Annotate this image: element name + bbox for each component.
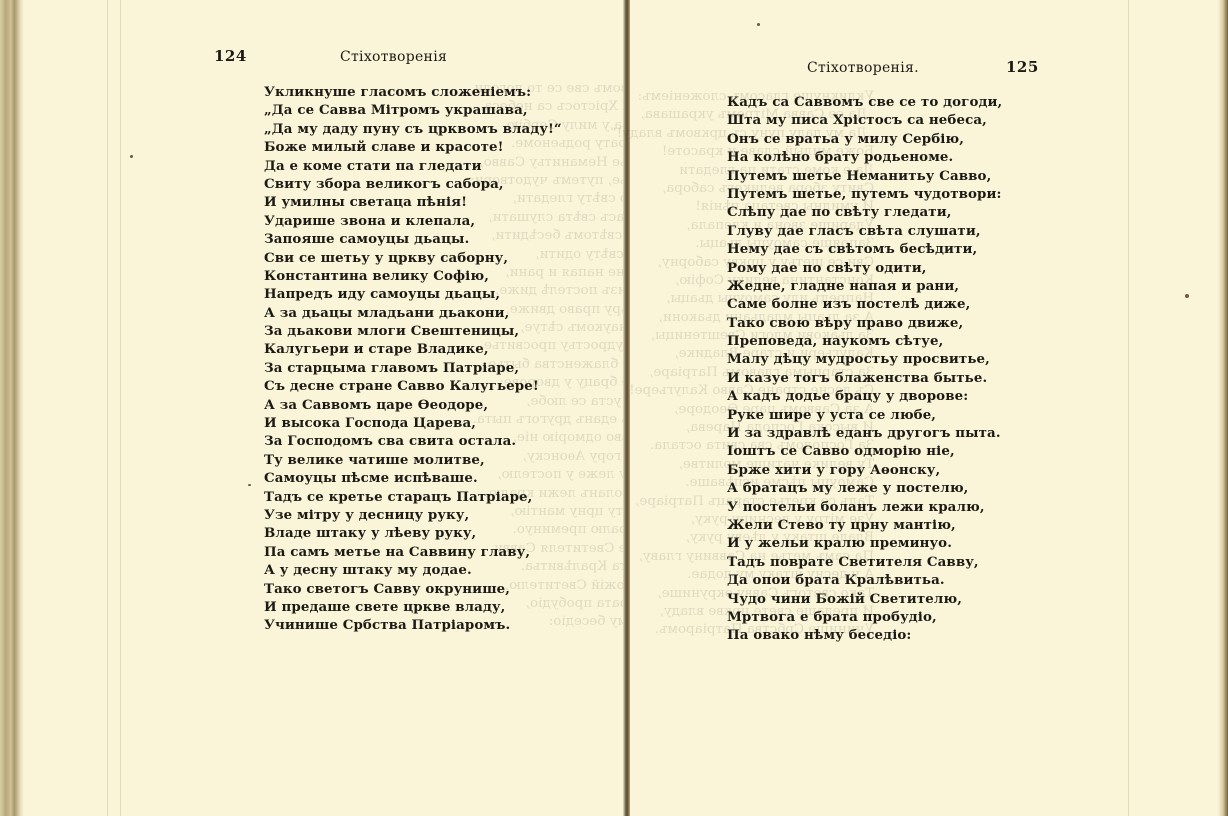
verse-line: „Да се Савва Мітромъ украшава, — [264, 101, 562, 119]
verse-line: Саме болне изъ постелѣ диже, — [727, 295, 1002, 313]
verse-line: Іоштъ се Савво одморію ніе, — [727, 442, 1002, 460]
verse-line: Напредъ иду самоуцы дьацы, — [264, 285, 562, 303]
verse-line: Онъ се вратьа у милу Сербію, — [727, 130, 1002, 148]
verse-line: А у десну штаку му додае. — [264, 561, 562, 579]
verse-line: Тадъ поврате Светителя Савву, — [727, 553, 1002, 571]
fold-line — [1128, 0, 1129, 816]
right-page-number: 125 — [1006, 58, 1039, 76]
verse-line: Малу дѣцу мудростьу просвитье, — [727, 350, 1002, 368]
left-page-number: 124 — [214, 47, 247, 65]
verse-line: Укликнуше гласомъ сложеніемъ: — [264, 83, 562, 101]
book-spread: 124 Стіхотворенія Кадъ са Саввомъ све се… — [0, 0, 1228, 816]
verse-line: И у жельи кралю преминуо. — [727, 534, 1002, 552]
verse-line: А за Саввомъ царе Ѳеодоре, — [264, 396, 562, 414]
verse-line: Руке шире у уста се любе, — [727, 406, 1002, 424]
paper-speck — [1185, 294, 1189, 298]
verse-line: Рому дае по свѣту одити, — [727, 259, 1002, 277]
verse-line: Путемъ шетье Неманитьу Савво, — [727, 167, 1002, 185]
verse-line: Свиту збора великогъ сабора, — [264, 175, 562, 193]
verse-line: Калугьери и старе Владике, — [264, 340, 562, 358]
verse-line: Съ десне стране Савво Калугьере! — [264, 377, 562, 395]
paper-speck — [757, 23, 760, 26]
verse-line: Слѣпу дае по свѣту гледати, — [727, 203, 1002, 221]
right-page-edge — [1218, 0, 1228, 816]
verse-line: За дьакови млоги Свештеницы, — [264, 322, 562, 340]
verse-line: Боже милый славе и красоте! — [264, 138, 562, 156]
verse-line: Ударише звона и клепала, — [264, 212, 562, 230]
verse-line: Самоуцы пѣсме испѣваше. — [264, 469, 562, 487]
paper-speck — [248, 484, 251, 486]
verse-line: На колѣно брату родьеноме. — [727, 148, 1002, 166]
left-page-edge — [0, 0, 24, 816]
left-running-head: Стіхотворенія — [340, 49, 447, 65]
verse-line: Сви се шетьу у цркву саборну, — [264, 249, 562, 267]
verse-line: У постельи боланъ лежи кралю, — [727, 498, 1002, 516]
verse-line: И за здравлѣ еданъ другогъ пыта. — [727, 424, 1002, 442]
verse-line: Владе штаку у лѣеву руку, — [264, 524, 562, 542]
verse-line: Тадъ се кретье старацъ Патріаре, — [264, 488, 562, 506]
verse-line: Па овако нѣму беседіо: — [727, 626, 1002, 644]
left-poem-text: Укликнуше гласомъ сложеніемъ: „Да се Сав… — [264, 83, 562, 635]
verse-line: А за дьацы младьани дьакони, — [264, 304, 562, 322]
verse-line: А кадъ додье брацу у дворове: — [727, 387, 1002, 405]
verse-line: Путемъ шетье, путемъ чудотвори: — [727, 185, 1002, 203]
verse-line: И казуе тогъ блаженства бытье. — [727, 369, 1002, 387]
verse-line: И умилны светаца пѣнія! — [264, 193, 562, 211]
verse-line: Шта му писа Хрістосъ са небеса, — [727, 111, 1002, 129]
verse-line: Да опои брата Кралѣвитьа. — [727, 571, 1002, 589]
verse-line: Кадъ са Саввомъ све се то догоди, — [727, 93, 1002, 111]
verse-line: Учинише Србства Патріаромъ. — [264, 616, 562, 634]
verse-line: За Господомъ сва свита остала. — [264, 432, 562, 450]
verse-line: Жедне, гладне напая и рани, — [727, 277, 1002, 295]
verse-line: Узе мітру у десницу руку, — [264, 506, 562, 524]
verse-line: Глуву дае гласъ свѣта слушати, — [727, 222, 1002, 240]
verse-line: Жели Стево ту црну мантію, — [727, 516, 1002, 534]
verse-line: Чудо чини Божій Светителю, — [727, 590, 1002, 608]
verse-line: „Да му даду пуну съ црквомъ владу!“ — [264, 120, 562, 138]
right-page: Стіхотворенія. 125 Укликнуше гласомъ сло… — [630, 0, 1228, 816]
paper-speck — [130, 155, 133, 158]
verse-line: Мртвога е брата пробудіо, — [727, 608, 1002, 626]
left-page: 124 Стіхотворенія Кадъ са Саввомъ све се… — [0, 0, 624, 816]
verse-line: Тако свою вѣру право движе, — [727, 314, 1002, 332]
verse-line: Преповеда, наукомъ сѣтуе, — [727, 332, 1002, 350]
verse-line: Константина велику Софію, — [264, 267, 562, 285]
right-poem-text: Кадъ са Саввомъ све се то догоди, Шта му… — [727, 93, 1002, 645]
verse-line: И высока Господа Царева, — [264, 414, 562, 432]
verse-line: Запояше самоуцы дьацы. — [264, 230, 562, 248]
right-running-head: Стіхотворенія. — [807, 60, 919, 76]
verse-line: Брже хити у гору Аѳонску, — [727, 461, 1002, 479]
fold-line — [120, 0, 121, 816]
verse-line: А братацъ му леже у постелю, — [727, 479, 1002, 497]
verse-line: Нему дае съ свѣтомъ бесѣдити, — [727, 240, 1002, 258]
verse-line: Да е коме стати па гледати — [264, 157, 562, 175]
verse-line: За старцыма главомъ Патріаре, — [264, 359, 562, 377]
verse-line: И предаше свете цркве владу, — [264, 598, 562, 616]
fold-line — [107, 0, 108, 816]
verse-line: Тако светогъ Савву окрунише, — [264, 580, 562, 598]
verse-line: Па самъ метье на Саввину главу, — [264, 543, 562, 561]
verse-line: Ту велике чатише молитве, — [264, 451, 562, 469]
